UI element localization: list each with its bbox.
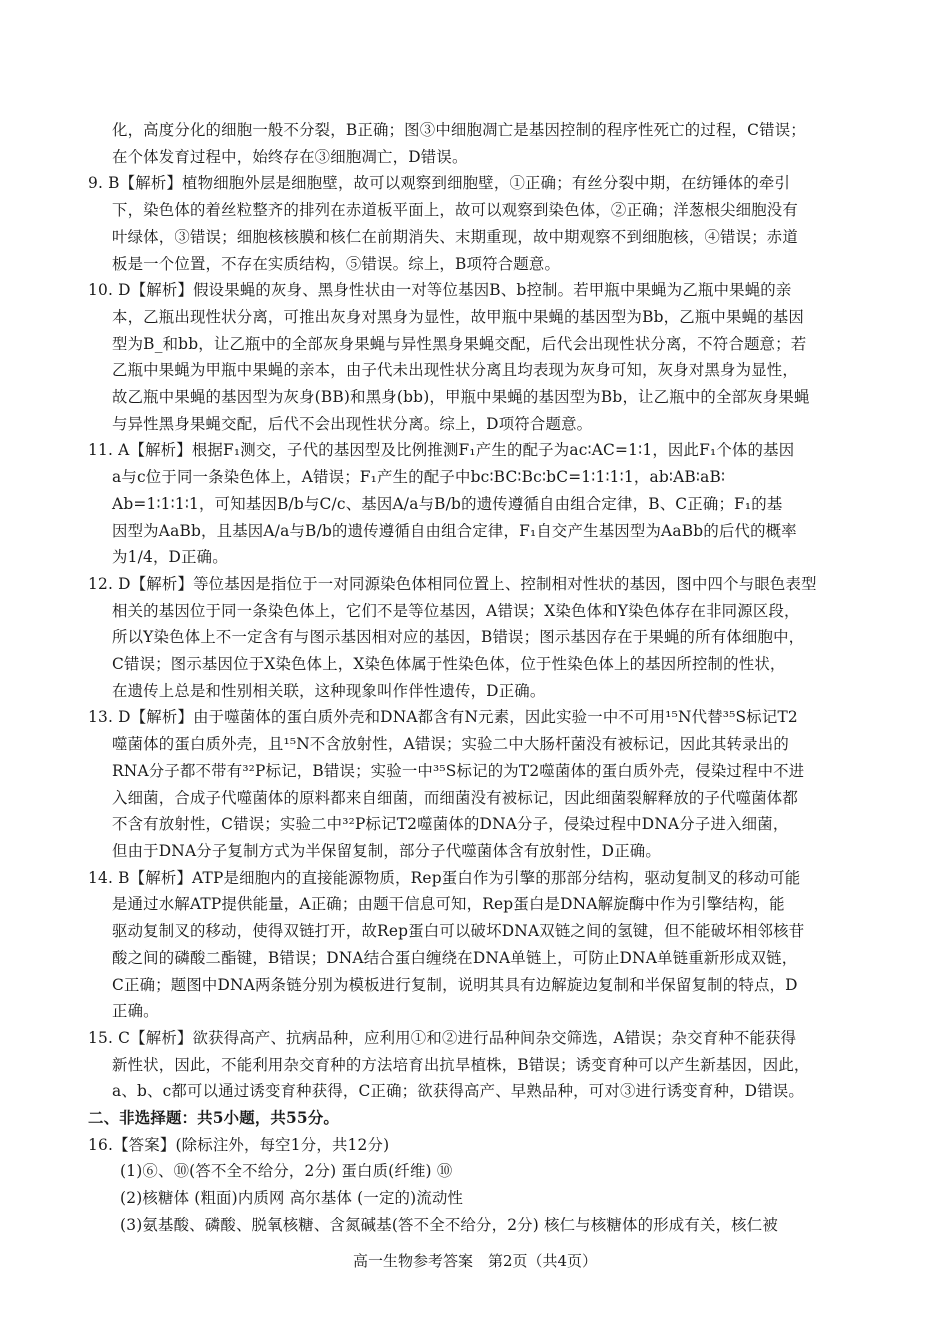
text-line: 型为B_和bb，让乙瓶中的全部灰身果蝇与异性黑身果蝇交配，后代会出现性状分离，不…	[88, 331, 868, 358]
text-line: 故乙瓶中果蝇的基因型为灰身(BB)和黑身(bb)，甲瓶中果蝇的基因型为Bb，让乙…	[88, 384, 868, 411]
text-line: 正确。	[88, 998, 868, 1025]
text-line: 入细菌，合成子代噬菌体的原料都来自细菌，而细菌没有被标记，因此细菌裂解释放的子代…	[88, 785, 868, 812]
text-line: RNA分子都不带有³²P标记，B错误；实验一中³⁵S标记的为T2噬菌体的蛋白质外…	[88, 758, 868, 785]
text-line: 驱动复制叉的移动，使得双链打开，故Rep蛋白可以破坏DNA双链之间的氢键，但不能…	[88, 918, 868, 945]
text-line: 乙瓶中果蝇为甲瓶中果蝇的亲本，由子代未出现性状分离且均表现为灰身可知，灰身对黑身…	[88, 357, 868, 384]
text-line: 12. D【解析】等位基因是指位于一对同源染色体相同位置上、控制相对性状的基因，…	[88, 571, 868, 598]
text-line: 下，染色体的着丝粒整齐的排列在赤道板平面上，故可以观察到染色体，②正确；洋葱根尖…	[88, 197, 868, 224]
text-line: 噬菌体的蛋白质外壳，且¹⁵N不含放射性，A错误；实验二中大肠杆菌没有被标记，因此…	[88, 731, 868, 758]
text-line: 不含有放射性，C错误；实验二中³²P标记T2噬菌体的DNA分子，侵染过程中DNA…	[88, 811, 868, 838]
answer-document: 化，高度分化的细胞一般不分裂，B正确；图③中细胞凋亡是基因控制的程序性死亡的过程…	[88, 117, 868, 1239]
page-footer: 高一生物参考答案 第2页（共4页）	[0, 1250, 950, 1271]
text-line: (1)⑥、⑩(答不全不给分，2分) 蛋白质(纤维) ⑩	[88, 1158, 868, 1185]
text-line: 化，高度分化的细胞一般不分裂，B正确；图③中细胞凋亡是基因控制的程序性死亡的过程…	[88, 117, 868, 144]
text-line: 在遗传上总是和性别相关联，这种现象叫作伴性遗传，D正确。	[88, 678, 868, 705]
text-line: 二、非选择题：共5小题，共55分。	[88, 1105, 868, 1132]
text-line: 新性状，因此，不能利用杂交育种的方法培育出抗旱植株，B错误；诱变育种可以产生新基…	[88, 1052, 868, 1079]
text-line: 所以Y染色体上不一定含有与图示基因相对应的基因，B错误；图示基因存在于果蝇的所有…	[88, 624, 868, 651]
text-line: (2)核糖体 (粗面)内质网 高尔基体 (一定的)流动性	[88, 1185, 868, 1212]
text-line: 板是一个位置，不存在实质结构，⑤错误。综上，B项符合题意。	[88, 251, 868, 278]
text-line: 但由于DNA分子复制方式为半保留复制，部分子代噬菌体含有放射性，D正确。	[88, 838, 868, 865]
text-line: 本，乙瓶出现性状分离，可推出灰身对黑身为显性，故甲瓶中果蝇的基因型为Bb，乙瓶中…	[88, 304, 868, 331]
text-line: 13. D【解析】由于噬菌体的蛋白质外壳和DNA都含有N元素，因此实验一中不可用…	[88, 704, 868, 731]
text-line: 为1/4，D正确。	[88, 544, 868, 571]
text-line: 14. B【解析】ATP是细胞内的直接能源物质，Rep蛋白作为引擎的那部分结构，…	[88, 865, 868, 892]
text-line: a与c位于同一条染色体上，A错误；F₁产生的配子中bc∶BC∶Bc∶bC=1∶1…	[88, 464, 868, 491]
text-line: 叶绿体，③错误；细胞核核膜和核仁在前期消失、末期重现，故中期观察不到细胞核，④错…	[88, 224, 868, 251]
text-line: 相关的基因位于同一条染色体上，它们不是等位基因，A错误；X染色体和Y染色体存在非…	[88, 598, 868, 625]
text-line: (3)氨基酸、磷酸、脱氧核糖、含氮碱基(答不全不给分，2分) 核仁与核糖体的形成…	[88, 1212, 868, 1239]
text-line: 是通过水解ATP提供能量，A正确；由题干信息可知，Rep蛋白是DNA解旋酶中作为…	[88, 891, 868, 918]
text-line: C错误；图示基因位于X染色体上，X染色体属于性染色体，位于性染色体上的基因所控制…	[88, 651, 868, 678]
text-line: C正确；题图中DNA两条链分别为模板进行复制，说明其具有边解旋边复制和半保留复制…	[88, 972, 868, 999]
text-line: a、b、c都可以通过诱变育种获得，C正确；欲获得高产、早熟品种，可对③进行诱变育…	[88, 1078, 868, 1105]
text-line: 15. C【解析】欲获得高产、抗病品种，应利用①和②进行品种间杂交筛选，A错误；…	[88, 1025, 868, 1052]
text-line: Ab=1∶1∶1∶1，可知基因B/b与C/c、基因A/a与B/b的遗传遵循自由组…	[88, 491, 868, 518]
text-line: 11. A【解析】根据F₁测交，子代的基因型及比例推测F₁产生的配子为ac∶AC…	[88, 437, 868, 464]
text-line: 10. D【解析】假设果蝇的灰身、黑身性状由一对等位基因B、b控制。若甲瓶中果蝇…	[88, 277, 868, 304]
text-line: 酸之间的磷酸二酯键，B错误；DNA结合蛋白缠绕在DNA单链上，可防止DNA单链重…	[88, 945, 868, 972]
text-line: 因型为AaBb，且基因A/a与B/b的遗传遵循自由组合定律，F₁自交产生基因型为…	[88, 518, 868, 545]
text-line: 9. B【解析】植物细胞外层是细胞壁，故可以观察到细胞壁，①正确；有丝分裂中期，…	[88, 170, 868, 197]
text-line: 16.【答案】(除标注外，每空1分，共12分)	[88, 1132, 868, 1159]
text-line: 与异性黑身果蝇交配，后代不会出现性状分离。综上，D项符合题意。	[88, 411, 868, 438]
text-line: 在个体发育过程中，始终存在③细胞凋亡，D错误。	[88, 144, 868, 171]
